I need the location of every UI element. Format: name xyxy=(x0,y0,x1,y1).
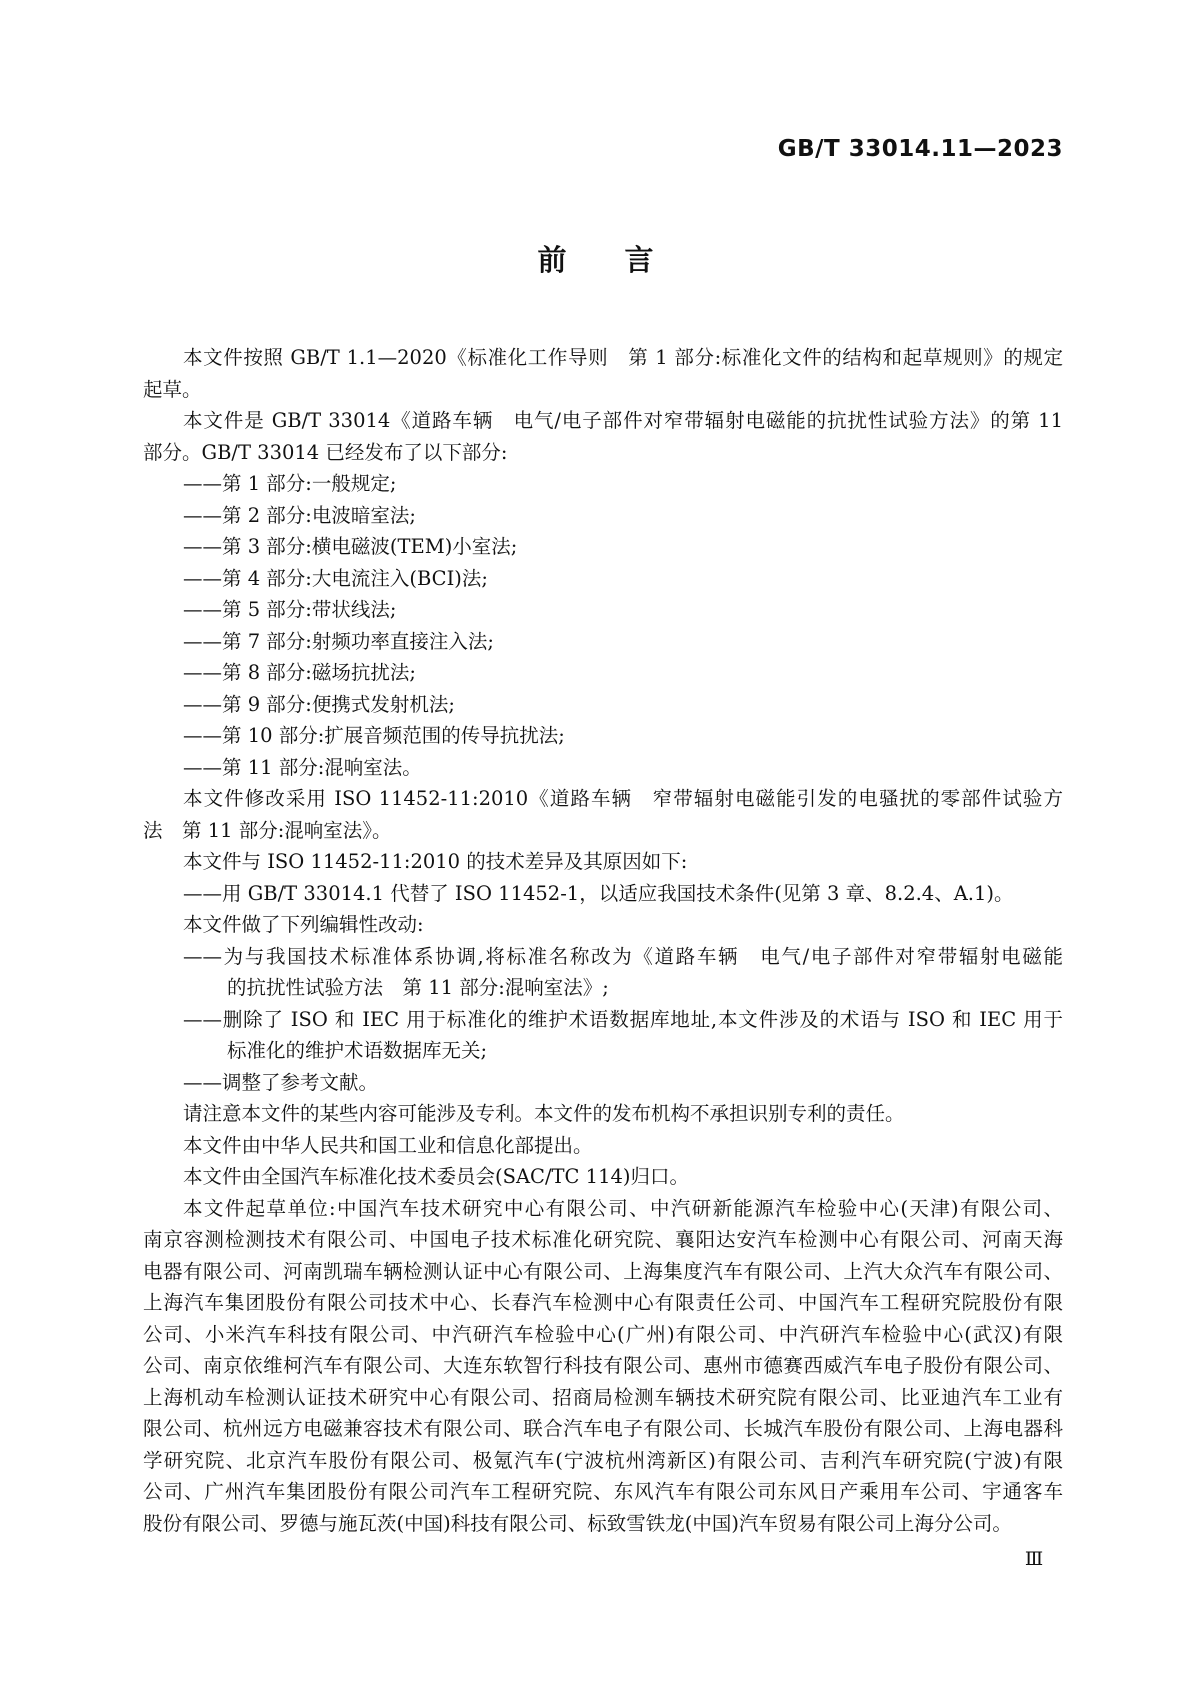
body-line: ——调整了参考文献。 xyxy=(183,1067,1063,1099)
body-line: 电器有限公司、河南凯瑞车辆检测认证中心有限公司、上海集度汽车有限公司、上汽大众汽… xyxy=(143,1256,1063,1288)
foreword-title: 前 言 xyxy=(0,238,1191,279)
body-line: 本文件起草单位:中国汽车技术研究中心有限公司、中汽研新能源汽车检验中心(天津)有… xyxy=(143,1193,1063,1225)
body-line: 本文件与 ISO 11452-11:2010 的技术差异及其原因如下: xyxy=(143,846,1063,878)
body-line: 本文件修改采用 ISO 11452-11:2010《道路车辆 窄带辐射电磁能引发… xyxy=(143,783,1063,815)
body-line: ——第 1 部分:一般规定; xyxy=(183,468,1063,500)
body-line: 上海机动车检测认证技术研究中心有限公司、招商局检测车辆技术研究院有限公司、比亚迪… xyxy=(143,1382,1063,1414)
body-line: 的抗扰性试验方法 第 11 部分:混响室法》; xyxy=(227,972,1063,1004)
body-line: 部分。GB/T 33014 已经发布了以下部分: xyxy=(143,437,1063,469)
body-line: 股份有限公司、罗德与施瓦茨(中国)科技有限公司、标致雪铁龙(中国)汽车贸易有限公… xyxy=(143,1508,1063,1540)
body-line: 本文件做了下列编辑性改动: xyxy=(143,909,1063,941)
body-line: 公司、南京依维柯汽车有限公司、大连东软智行科技有限公司、惠州市德赛西威汽车电子股… xyxy=(143,1350,1063,1382)
body-line: 标准化的维护术语数据库无关; xyxy=(227,1035,1063,1067)
body-line: ——第 4 部分:大电流注入(BCI)法; xyxy=(183,563,1063,595)
body-line: 法 第 11 部分:混响室法》。 xyxy=(143,815,1063,847)
body-line: 公司、小米汽车科技有限公司、中汽研汽车检验中心(广州)有限公司、中汽研汽车检验中… xyxy=(143,1319,1063,1351)
doc-number: GB/T 33014.11—2023 xyxy=(778,136,1063,162)
body-line: 限公司、杭州远方电磁兼容技术有限公司、联合汽车电子有限公司、长城汽车股份有限公司… xyxy=(143,1413,1063,1445)
body-line: ——第 11 部分:混响室法。 xyxy=(183,752,1063,784)
page-number: Ⅲ xyxy=(1012,1548,1056,1570)
body-line: 本文件是 GB/T 33014《道路车辆 电气/电子部件对窄带辐射电磁能的抗扰性… xyxy=(143,405,1063,437)
body-line: ——用 GB/T 33014.1 代替了 ISO 11452-1，以适应我国技术… xyxy=(183,878,1063,910)
foreword-body: 本文件按照 GB/T 1.1—2020《标准化工作导则 第 1 部分:标准化文件… xyxy=(143,342,1063,1539)
body-line: ——第 3 部分:横电磁波(TEM)小室法; xyxy=(183,531,1063,563)
body-line: ——第 9 部分:便携式发射机法; xyxy=(183,689,1063,721)
body-line: 公司、广州汽车集团股份有限公司汽车工程研究院、东风汽车有限公司东风日产乘用车公司… xyxy=(143,1476,1063,1508)
body-line: ——第 8 部分:磁场抗扰法; xyxy=(183,657,1063,689)
body-line: ——删除了 ISO 和 IEC 用于标准化的维护术语数据库地址,本文件涉及的术语… xyxy=(183,1004,1063,1036)
body-line: 上海汽车集团股份有限公司技术中心、长春汽车检测中心有限责任公司、中国汽车工程研究… xyxy=(143,1287,1063,1319)
body-line: ——第 7 部分:射频功率直接注入法; xyxy=(183,626,1063,658)
body-line: 本文件由中华人民共和国工业和信息化部提出。 xyxy=(143,1130,1063,1162)
body-line: ——第 2 部分:电波暗室法; xyxy=(183,500,1063,532)
document-page: GB/T 33014.11—2023 前 言 本文件按照 GB/T 1.1—20… xyxy=(0,0,1191,1685)
body-line: 南京容测检测技术有限公司、中国电子技术标准化研究院、襄阳达安汽车检测中心有限公司… xyxy=(143,1224,1063,1256)
body-line: ——第 10 部分:扩展音频范围的传导抗扰法; xyxy=(183,720,1063,752)
body-line: 本文件由全国汽车标准化技术委员会(SAC/TC 114)归口。 xyxy=(143,1161,1063,1193)
body-line: 学研究院、北京汽车股份有限公司、极氪汽车(宁波杭州湾新区)有限公司、吉利汽车研究… xyxy=(143,1445,1063,1477)
body-line: 起草。 xyxy=(143,374,1063,406)
body-line: ——第 5 部分:带状线法; xyxy=(183,594,1063,626)
body-line: 本文件按照 GB/T 1.1—2020《标准化工作导则 第 1 部分:标准化文件… xyxy=(143,342,1063,374)
body-line: ——为与我国技术标准体系协调,将标准名称改为《道路车辆 电气/电子部件对窄带辐射… xyxy=(183,941,1063,973)
body-line: 请注意本文件的某些内容可能涉及专利。本文件的发布机构不承担识别专利的责任。 xyxy=(143,1098,1063,1130)
